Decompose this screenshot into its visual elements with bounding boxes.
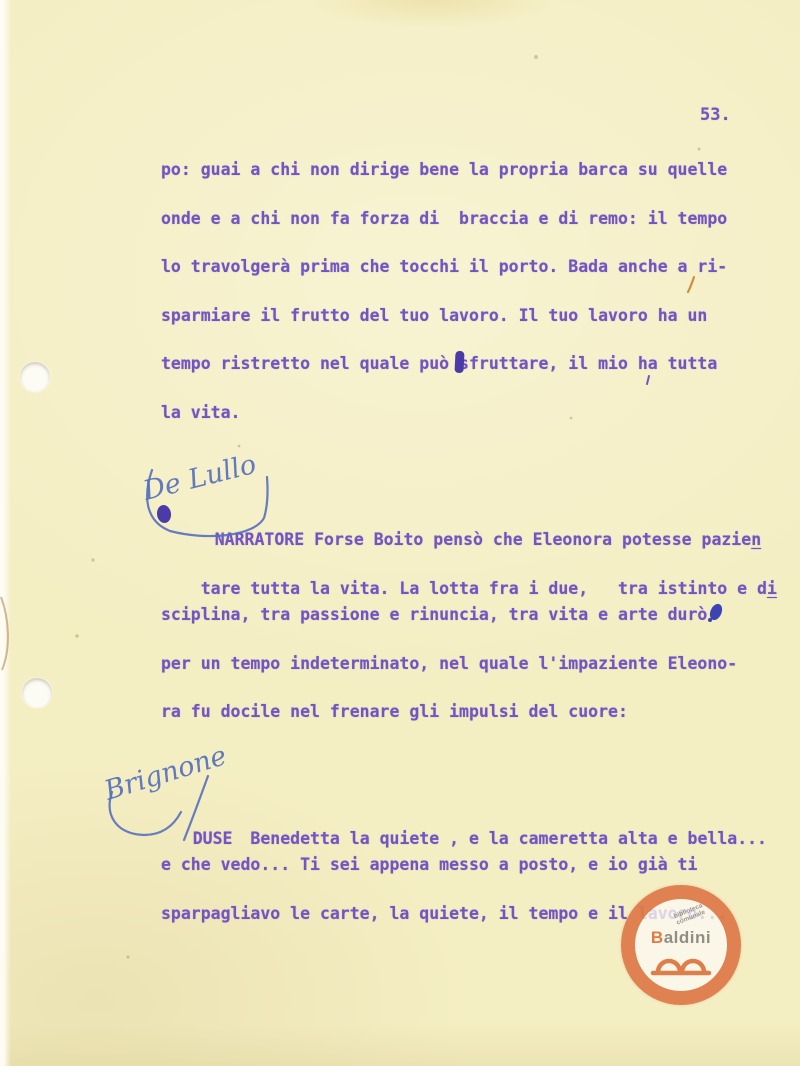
narrator-line-text: Forse Boito pensò che Eleonora potesse p… [304, 530, 751, 549]
typed-line: sciplina, tra passione e rinuncia, tra v… [161, 604, 707, 626]
continuation-underline: i [767, 579, 777, 598]
typescript-page-scan: 53. po: guai a chi non dirige bene la pr… [0, 0, 800, 1066]
ink-blot-before-narratore [156, 504, 172, 524]
library-stamp: biblioteca comunale Baldini [621, 885, 741, 1005]
edge-curl-mark [1, 597, 8, 670]
typed-line: per un tempo indeterminato, nel quale l'… [161, 653, 737, 675]
typed-line: onde e a chi non fa forza di braccia e d… [161, 208, 727, 230]
typed-line: tempo ristretto nel quale può sfruttare,… [161, 353, 717, 375]
typed-line: la vita. [161, 402, 240, 424]
speaker-label-narratore: NARRATORE [215, 530, 304, 549]
open-book-icon [650, 950, 712, 977]
punch-hole-top [20, 362, 50, 392]
typed-line: lo travolgerà prima che tocchi il porto.… [161, 256, 727, 278]
stamp-initial: B [651, 928, 664, 947]
page-number: 53. [700, 104, 731, 126]
typed-line: ra fu docile nel frenare gli impulsi del… [161, 701, 628, 723]
stamp-ring: biblioteca comunale Baldini [621, 885, 741, 1005]
stray-apostrophe-mark [647, 376, 649, 384]
duse-line-text: Benedetta la quiete , e la cameretta alt… [241, 829, 768, 848]
stamp-name: Baldini [651, 928, 711, 948]
handwriting-narrator-casting: De Lullo [139, 449, 259, 507]
typed-line: sparmiare il frutto del tuo lavoro. Il t… [161, 305, 707, 327]
orange-tick-mark [688, 277, 694, 292]
stamp-small-text: biblioteca comunale [673, 902, 707, 927]
stamp-name-rest: aldini [664, 928, 711, 947]
continuation-underline: n [751, 530, 761, 549]
typed-line: e che vedo... Ti sei appena messo a post… [161, 854, 697, 876]
handwriting-duse-casting: Brignone [100, 740, 230, 807]
typed-line: po: guai a chi non dirige bene la propri… [161, 159, 727, 181]
punch-hole-bottom [22, 678, 52, 708]
narrator-line-text: tare tutta la vita. La lotta fra i due, … [201, 579, 767, 598]
speaker-label-duse: DUSE [193, 829, 233, 848]
